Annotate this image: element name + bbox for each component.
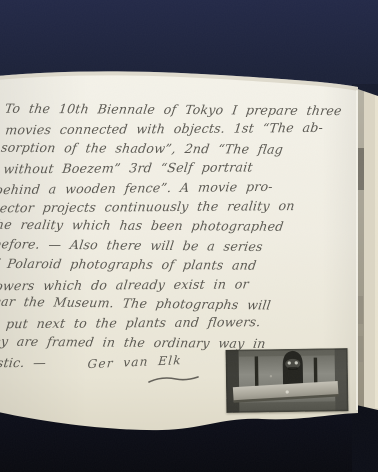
photo-fence-post-left <box>255 356 259 389</box>
handwriting-line: movies connected with objects. 1st “The … <box>1 118 364 140</box>
signature-flourish <box>148 374 200 386</box>
inset-photo-graphic <box>226 348 349 413</box>
handwriting-line: of Polaroid photographs of plants and <box>0 254 347 276</box>
handwriting-line-text: plastic. — <box>0 355 47 371</box>
handwriting-line: the reality which has been photographed <box>0 215 352 237</box>
inset-photo-film-still <box>226 348 349 413</box>
handwritten-statement: To the 10th Biennale of Tokyo I prepare … <box>0 100 366 371</box>
book-photograph: To the 10th Biennale of Tokyo I prepare … <box>0 0 378 472</box>
artist-signature: Ger van Elk <box>87 351 183 374</box>
handwriting-line: be put next to the plants and flowers. <box>0 312 340 334</box>
